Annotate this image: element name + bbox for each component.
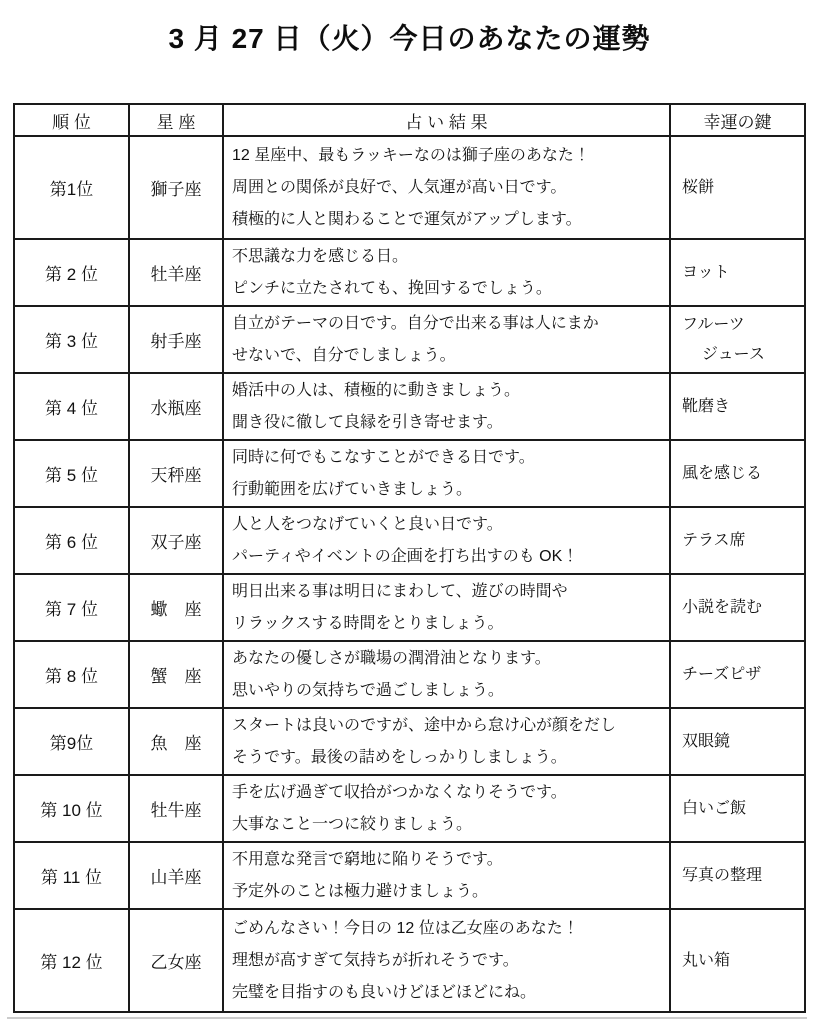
fortune-line: 自立がテーマの日です。自分で出来る事は人にまか xyxy=(232,308,663,340)
rank-cell: 第9位 xyxy=(14,708,129,775)
rank-cell: 第 3 位 xyxy=(14,306,129,373)
lucky-key-cell: 桜餅 xyxy=(670,136,805,239)
table-row: 第 4 位 水瓶座 婚活中の人は、積極的に動きましょう。聞き役に徹して良縁を引き… xyxy=(14,373,805,440)
sign-cell: 獅子座 xyxy=(129,136,223,239)
header-sign: 星 座 xyxy=(129,104,223,136)
fortune-cell: 不用意な発言で窮地に陥りそうです。予定外のことは極力避けましょう。 xyxy=(223,842,670,909)
lucky-key-cell: チーズピザ xyxy=(670,641,805,708)
rank-cell: 第 12 位 xyxy=(14,909,129,1012)
sign-cell: 山羊座 xyxy=(129,842,223,909)
sign-cell: 魚 座 xyxy=(129,708,223,775)
fortune-line: あなたの優しさが職場の潤滑油となります。 xyxy=(232,643,663,675)
fortune-line: 明日出来る事は明日にまわして、遊びの時間や xyxy=(232,576,663,608)
page-title: 3 月 27 日（火）今日のあなたの運勢 xyxy=(0,17,819,57)
fortune-cell: 自立がテーマの日です。自分で出来る事は人にまかせないで、自分でしましょう。 xyxy=(223,306,670,373)
lucky-key-cell: 靴磨き xyxy=(670,373,805,440)
sign-cell: 蠍 座 xyxy=(129,574,223,641)
fortune-cell: 人と人をつなげていくと良い日です。パーティやイベントの企画を打ち出すのも OK！ xyxy=(223,507,670,574)
lucky-key-cell: フルーツジュース xyxy=(670,306,805,373)
fortune-line: 12 星座中、最もラッキーなのは獅子座のあなた！ xyxy=(232,140,663,172)
sign-cell: 双子座 xyxy=(129,507,223,574)
sign-cell: 蟹 座 xyxy=(129,641,223,708)
fortune-line: 行動範囲を広げていきましょう。 xyxy=(232,474,663,506)
sign-cell: 水瓶座 xyxy=(129,373,223,440)
lucky-key-line: 双眼鏡 xyxy=(682,727,800,757)
fortune-cell: ごめんなさい！今日の 12 位は乙女座のあなた！理想が高すぎて気持ちが折れそうで… xyxy=(223,909,670,1012)
table-row: 第 5 位 天秤座 同時に何でもこなすことができる日です。行動範囲を広げていきま… xyxy=(14,440,805,507)
fortune-cell: 明日出来る事は明日にまわして、遊びの時間やリラックスする時間をとりましょう。 xyxy=(223,574,670,641)
lucky-key-line: ジュース xyxy=(682,340,800,370)
header-lucky-key: 幸運の鍵 xyxy=(670,104,805,136)
fortune-line: 大事なこと一つに絞りましょう。 xyxy=(232,809,663,841)
lucky-key-line: テラス席 xyxy=(682,526,800,556)
lucky-key-line: 風を感じる xyxy=(682,459,800,489)
page-bottom-rule xyxy=(7,1017,807,1019)
fortune-line: 不用意な発言で窮地に陥りそうです。 xyxy=(232,844,663,876)
lucky-key-line: 白いご飯 xyxy=(682,794,800,824)
lucky-key-cell: ヨット xyxy=(670,239,805,306)
lucky-key-cell: 丸い箱 xyxy=(670,909,805,1012)
fortune-line: 予定外のことは極力避けましょう。 xyxy=(232,876,663,908)
fortune-line: リラックスする時間をとりましょう。 xyxy=(232,608,663,640)
lucky-key-line: ヨット xyxy=(682,258,800,288)
sign-cell: 射手座 xyxy=(129,306,223,373)
fortune-cell: 12 星座中、最もラッキーなのは獅子座のあなた！周囲との関係が良好で、人気運が高… xyxy=(223,136,670,239)
rank-cell: 第 7 位 xyxy=(14,574,129,641)
table-row: 第 10 位 牡牛座 手を広げ過ぎて収拾がつかなくなりそうです。大事なこと一つに… xyxy=(14,775,805,842)
table-row: 第 2 位 牡羊座 不思議な力を感じる日。ピンチに立たされても、挽回するでしょう… xyxy=(14,239,805,306)
rank-cell: 第 6 位 xyxy=(14,507,129,574)
rank-cell: 第 10 位 xyxy=(14,775,129,842)
lucky-key-line: 桜餅 xyxy=(682,173,800,203)
lucky-key-cell: 白いご飯 xyxy=(670,775,805,842)
fortune-table: 順 位 星 座 占 い 結 果 幸運の鍵 第1位 獅子座 12 星座中、最もラッ… xyxy=(13,103,806,1013)
table-row: 第 3 位 射手座 自立がテーマの日です。自分で出来る事は人にまかせないで、自分… xyxy=(14,306,805,373)
rank-cell: 第 11 位 xyxy=(14,842,129,909)
lucky-key-cell: テラス席 xyxy=(670,507,805,574)
rank-cell: 第 8 位 xyxy=(14,641,129,708)
fortune-cell: あなたの優しさが職場の潤滑油となります。思いやりの気持ちで過ごしましょう。 xyxy=(223,641,670,708)
fortune-line: ピンチに立たされても、挽回するでしょう。 xyxy=(232,273,663,305)
fortune-line: 積極的に人と関わることで運気がアップします。 xyxy=(232,204,663,236)
fortune-line: 理想が高すぎて気持ちが折れそうです。 xyxy=(232,945,663,977)
fortune-cell: 手を広げ過ぎて収拾がつかなくなりそうです。大事なこと一つに絞りましょう。 xyxy=(223,775,670,842)
fortune-line: ごめんなさい！今日の 12 位は乙女座のあなた！ xyxy=(232,913,663,945)
lucky-key-line: 靴磨き xyxy=(682,392,800,422)
fortune-line: そうです。最後の詰めをしっかりしましょう。 xyxy=(232,742,663,774)
header-result: 占 い 結 果 xyxy=(223,104,670,136)
lucky-key-cell: 風を感じる xyxy=(670,440,805,507)
lucky-key-cell: 写真の整理 xyxy=(670,842,805,909)
fortune-line: 思いやりの気持ちで過ごしましょう。 xyxy=(232,675,663,707)
fortune-table-body: 第1位 獅子座 12 星座中、最もラッキーなのは獅子座のあなた！周囲との関係が良… xyxy=(14,136,805,1012)
table-row: 第9位 魚 座 スタートは良いのですが、途中から怠け心が顔をだしそうです。最後の… xyxy=(14,708,805,775)
table-row: 第 6 位 双子座 人と人をつなげていくと良い日です。パーティやイベントの企画を… xyxy=(14,507,805,574)
fortune-line: せないで、自分でしましょう。 xyxy=(232,340,663,372)
lucky-key-line: フルーツ xyxy=(682,310,800,340)
fortune-cell: 不思議な力を感じる日。ピンチに立たされても、挽回するでしょう。 xyxy=(223,239,670,306)
fortune-line: 人と人をつなげていくと良い日です。 xyxy=(232,509,663,541)
rank-cell: 第 2 位 xyxy=(14,239,129,306)
table-row: 第 8 位 蟹 座 あなたの優しさが職場の潤滑油となります。思いやりの気持ちで過… xyxy=(14,641,805,708)
table-row: 第1位 獅子座 12 星座中、最もラッキーなのは獅子座のあなた！周囲との関係が良… xyxy=(14,136,805,239)
lucky-key-cell: 双眼鏡 xyxy=(670,708,805,775)
rank-cell: 第 4 位 xyxy=(14,373,129,440)
lucky-key-line: 小説を読む xyxy=(682,593,800,623)
lucky-key-line: 写真の整理 xyxy=(682,861,800,891)
fortune-line: スタートは良いのですが、途中から怠け心が顔をだし xyxy=(232,710,663,742)
fortune-line: 聞き役に徹して良縁を引き寄せます。 xyxy=(232,407,663,439)
fortune-line: 完璧を目指すのも良いけどほどほどにね。 xyxy=(232,977,663,1009)
sign-cell: 乙女座 xyxy=(129,909,223,1012)
rank-cell: 第 5 位 xyxy=(14,440,129,507)
fortune-cell: 婚活中の人は、積極的に動きましょう。聞き役に徹して良縁を引き寄せます。 xyxy=(223,373,670,440)
lucky-key-cell: 小説を読む xyxy=(670,574,805,641)
fortune-line: 不思議な力を感じる日。 xyxy=(232,241,663,273)
rank-cell: 第1位 xyxy=(14,136,129,239)
sign-cell: 牡羊座 xyxy=(129,239,223,306)
table-row: 第 7 位 蠍 座 明日出来る事は明日にまわして、遊びの時間やリラックスする時間… xyxy=(14,574,805,641)
header-rank: 順 位 xyxy=(14,104,129,136)
table-row: 第 11 位 山羊座 不用意な発言で窮地に陥りそうです。予定外のことは極力避けま… xyxy=(14,842,805,909)
fortune-line: 手を広げ過ぎて収拾がつかなくなりそうです。 xyxy=(232,777,663,809)
fortune-line: 婚活中の人は、積極的に動きましょう。 xyxy=(232,375,663,407)
fortune-line: パーティやイベントの企画を打ち出すのも OK！ xyxy=(232,541,663,573)
fortune-line: 周囲との関係が良好で、人気運が高い日です。 xyxy=(232,172,663,204)
lucky-key-line: 丸い箱 xyxy=(682,946,800,976)
fortune-cell: スタートは良いのですが、途中から怠け心が顔をだしそうです。最後の詰めをしっかりし… xyxy=(223,708,670,775)
lucky-key-line: チーズピザ xyxy=(682,660,800,690)
fortune-line: 同時に何でもこなすことができる日です。 xyxy=(232,442,663,474)
sign-cell: 牡牛座 xyxy=(129,775,223,842)
fortune-cell: 同時に何でもこなすことができる日です。行動範囲を広げていきましょう。 xyxy=(223,440,670,507)
table-row: 第 12 位 乙女座 ごめんなさい！今日の 12 位は乙女座のあなた！理想が高す… xyxy=(14,909,805,1012)
header-row: 順 位 星 座 占 い 結 果 幸運の鍵 xyxy=(14,104,805,136)
sign-cell: 天秤座 xyxy=(129,440,223,507)
